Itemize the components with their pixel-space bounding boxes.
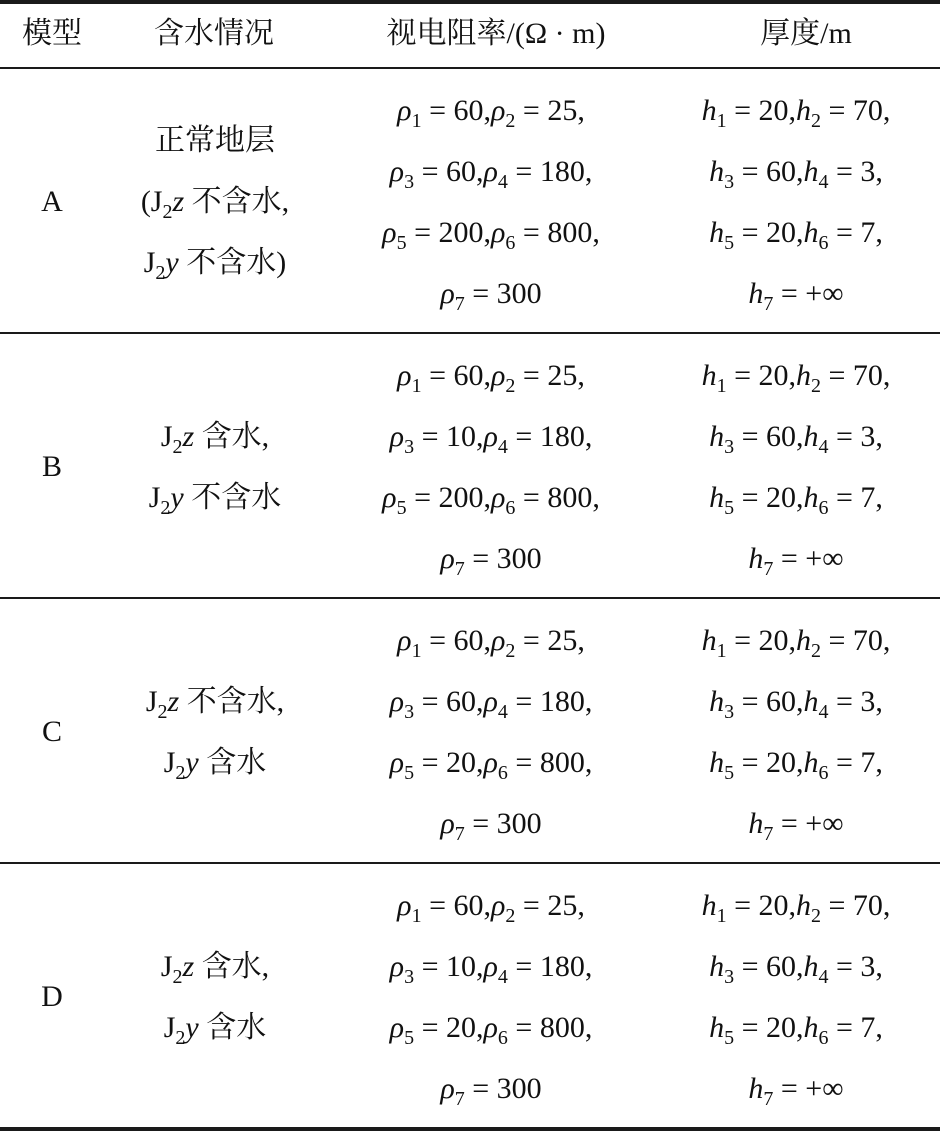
water-condition-cell: 正常地层(J2z 不含水,J2y 不含水) [104, 69, 326, 334]
header-water-condition: 含水情况 [154, 12, 274, 56]
resistivity-cell: ρ1 = 60,ρ2 = 25,ρ3 = 10,ρ4 = 180,ρ5 = 20… [330, 864, 652, 1129]
resistivity-cell-line: ρ7 = 300 [440, 1058, 541, 1119]
header-thickness: 厚度/m [760, 12, 852, 56]
model-cell: B [0, 334, 104, 599]
resistivity-cell-line: ρ5 = 200,ρ6 = 800, [382, 467, 600, 528]
thickness-cell-line: h5 = 20,h6 = 7, [709, 202, 883, 263]
model-cell: A [0, 69, 104, 334]
thickness-cell-line: h5 = 20,h6 = 7, [709, 467, 883, 528]
thickness-cell-line: h3 = 60,h4 = 3, [709, 671, 883, 732]
thickness-cell-line: h1 = 20,h2 = 70, [702, 80, 891, 141]
thickness-cell: h1 = 20,h2 = 70,h3 = 60,h4 = 3,h5 = 20,h… [652, 599, 940, 864]
water-condition-cell-line: (J2z 不含水, [141, 171, 289, 232]
water-condition-cell: J2z 不含水,J2y 含水 [104, 599, 326, 864]
resistivity-cell-line: ρ1 = 60,ρ2 = 25, [397, 875, 585, 936]
thickness-cell-line: h7 = +∞ [748, 793, 843, 854]
water-condition-cell-line: 正常地层 [155, 110, 275, 171]
thickness-cell: h1 = 20,h2 = 70,h3 = 60,h4 = 3,h5 = 20,h… [652, 334, 940, 599]
thickness-cell-line: h7 = +∞ [748, 1058, 843, 1119]
table-row: BJ2z 含水,J2y 不含水ρ1 = 60,ρ2 = 25,ρ3 = 10,ρ… [0, 334, 940, 599]
resistivity-cell-line: ρ1 = 60,ρ2 = 25, [397, 610, 585, 671]
thickness-cell-line: h1 = 20,h2 = 70, [702, 610, 891, 671]
resistivity-cell: ρ1 = 60,ρ2 = 25,ρ3 = 10,ρ4 = 180,ρ5 = 20… [330, 334, 652, 599]
table-row: DJ2z 含水,J2y 含水ρ1 = 60,ρ2 = 25,ρ3 = 10,ρ4… [0, 864, 940, 1129]
thickness-cell: h1 = 20,h2 = 70,h3 = 60,h4 = 3,h5 = 20,h… [652, 69, 940, 334]
water-condition-cell-line: J2z 含水, [161, 406, 269, 467]
thickness-cell: h1 = 20,h2 = 70,h3 = 60,h4 = 3,h5 = 20,h… [652, 864, 940, 1129]
thickness-cell-line: h1 = 20,h2 = 70, [702, 875, 891, 936]
water-condition-cell: J2z 含水,J2y 不含水 [104, 334, 326, 599]
thickness-cell-line: h3 = 60,h4 = 3, [709, 141, 883, 202]
thickness-cell-line: h3 = 60,h4 = 3, [709, 936, 883, 997]
water-condition-cell-line: J2y 含水 [164, 997, 267, 1058]
table-row: A正常地层(J2z 不含水,J2y 不含水)ρ1 = 60,ρ2 = 25,ρ3… [0, 69, 940, 334]
water-condition-cell-line: J2y 含水 [164, 732, 267, 793]
resistivity-cell-line: ρ5 = 200,ρ6 = 800, [382, 202, 600, 263]
water-condition-cell-line: J2y 不含水) [144, 232, 287, 293]
resistivity-cell: ρ1 = 60,ρ2 = 25,ρ3 = 60,ρ4 = 180,ρ5 = 20… [330, 69, 652, 334]
thickness-cell-line: h5 = 20,h6 = 7, [709, 732, 883, 793]
thickness-cell-line: h1 = 20,h2 = 70, [702, 345, 891, 406]
water-condition-cell: J2z 含水,J2y 含水 [104, 864, 326, 1129]
thickness-cell-line: h3 = 60,h4 = 3, [709, 406, 883, 467]
thickness-cell-line: h7 = +∞ [748, 263, 843, 324]
resistivity-cell-line: ρ5 = 20,ρ6 = 800, [390, 997, 593, 1058]
resistivity-cell-line: ρ1 = 60,ρ2 = 25, [397, 80, 585, 141]
header-resistivity: 视电阻率/(Ω · m) [387, 12, 606, 56]
resistivity-cell-line: ρ7 = 300 [440, 263, 541, 324]
thickness-cell-line: h5 = 20,h6 = 7, [709, 997, 883, 1058]
resistivity-cell-line: ρ5 = 20,ρ6 = 800, [390, 732, 593, 793]
resistivity-cell-line: ρ7 = 300 [440, 528, 541, 589]
model-cell: C [0, 599, 104, 864]
resistivity-cell-line: ρ3 = 10,ρ4 = 180, [390, 406, 593, 467]
water-condition-cell-line: J2z 不含水, [146, 671, 284, 732]
water-condition-cell-line: J2y 不含水 [149, 467, 282, 528]
table-bottom-rule [0, 1127, 940, 1131]
resistivity-cell-line: ρ1 = 60,ρ2 = 25, [397, 345, 585, 406]
resistivity-cell: ρ1 = 60,ρ2 = 25,ρ3 = 60,ρ4 = 180,ρ5 = 20… [330, 599, 652, 864]
resistivity-cell-line: ρ3 = 10,ρ4 = 180, [390, 936, 593, 997]
resistivity-cell-line: ρ3 = 60,ρ4 = 180, [390, 671, 593, 732]
table-top-rule [0, 0, 940, 4]
thickness-cell-line: h7 = +∞ [748, 528, 843, 589]
resistivity-cell-line: ρ7 = 300 [440, 793, 541, 854]
water-condition-cell-line: J2z 含水, [161, 936, 269, 997]
table-row: CJ2z 不含水,J2y 含水ρ1 = 60,ρ2 = 25,ρ3 = 60,ρ… [0, 599, 940, 864]
model-cell: D [0, 864, 104, 1129]
resistivity-cell-line: ρ3 = 60,ρ4 = 180, [390, 141, 593, 202]
header-model: 模型 [22, 12, 82, 56]
